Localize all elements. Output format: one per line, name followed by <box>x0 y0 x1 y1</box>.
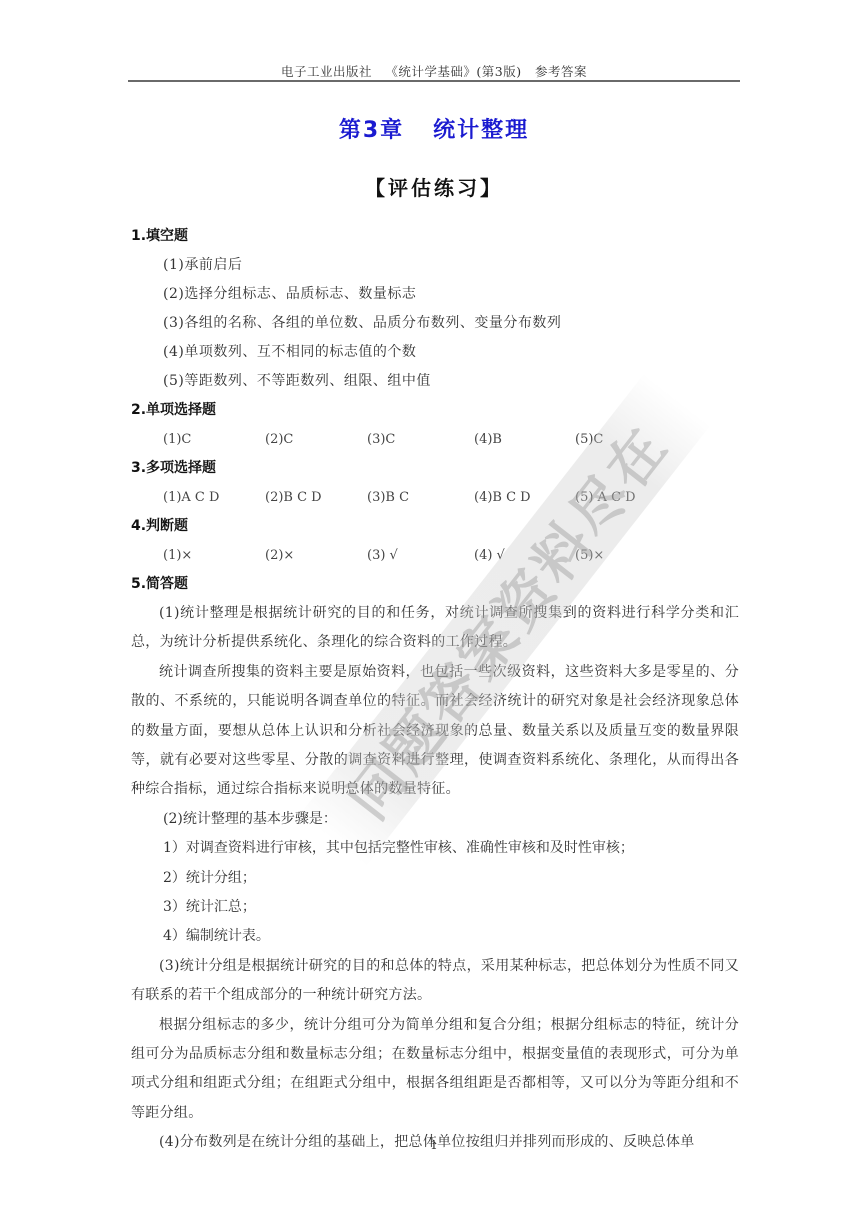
fill-blank-heading: 1.填空题 <box>131 222 739 251</box>
multiple-choice-answers: (1)A C D (2)B C D (3)B C (4)B C D (5) A … <box>131 483 739 512</box>
step-item: 1）对调查资料进行审核，其中包括完整性审核、准确性审核和及时性审核； <box>131 834 739 863</box>
answer-cell: (1)C <box>163 425 265 454</box>
answer-cell: (5)C <box>575 425 677 454</box>
fill-blank-answer: (1)承前启后 <box>131 251 739 280</box>
step-item: 2）统计分组； <box>131 864 739 893</box>
section-title: 【评估练习】 <box>0 172 868 201</box>
answer-cell: (5)× <box>575 541 677 570</box>
answer-cell: (5) A C D <box>575 483 677 512</box>
answer-cell: (1)A C D <box>163 483 265 512</box>
answer-cell: (2)× <box>265 541 367 570</box>
answer-cell: (3)C <box>367 425 474 454</box>
multiple-choice-heading: 3.多项选择题 <box>131 454 739 483</box>
answer-cell: (3) √ <box>367 541 474 570</box>
true-false-answers: (1)× (2)× (3) √ (4) √ (5)× <box>131 541 739 570</box>
short-answer-paragraph: 统计调查所搜集的资料主要是原始资料，也包括一些次级资料，这些资料大多是零星的、分… <box>131 658 739 805</box>
answer-cell: (1)× <box>163 541 265 570</box>
answer-cell: (4)B C D <box>474 483 575 512</box>
short-answer-paragraph: (1)统计整理是根据统计研究的目的和任务，对统计调查所搜集到的资料进行科学分类和… <box>131 599 739 658</box>
fill-blank-answer: (2)选择分组标志、品质标志、数量标志 <box>131 280 739 309</box>
short-answer-paragraph: 根据分组标志的多少，统计分组可分为简单分组和复合分组；根据分组标志的特征，统计分… <box>131 1011 739 1129</box>
short-answer-intro: (2)统计整理的基本步骤是： <box>131 805 739 834</box>
answer-cell: (2)C <box>265 425 367 454</box>
fill-blank-answer: (4)单项数列、互不相同的标志值的个数 <box>131 338 739 367</box>
step-item: 4）编制统计表。 <box>131 922 739 951</box>
answer-cell: (2)B C D <box>265 483 367 512</box>
single-choice-answers: (1)C (2)C (3)C (4)B (5)C <box>131 425 739 454</box>
answer-cell: (3)B C <box>367 483 474 512</box>
fill-blank-answer: (3)各组的名称、各组的单位数、品质分布数列、变量分布数列 <box>131 309 739 338</box>
page-number: 1 <box>0 1138 868 1152</box>
answer-cell: (4) √ <box>474 541 575 570</box>
answer-cell: (4)B <box>474 425 575 454</box>
single-choice-heading: 2.单项选择题 <box>131 396 739 425</box>
short-answer-paragraph: (3)统计分组是根据统计研究的目的和总体的特点，采用某种标志，把总体划分为性质不… <box>131 952 739 1011</box>
short-answer-heading: 5.简答题 <box>131 570 739 599</box>
true-false-heading: 4.判断题 <box>131 512 739 541</box>
step-item: 3）统计汇总； <box>131 893 739 922</box>
running-header: 电子工业出版社 《统计学基础》(第3版) 参考答案 <box>128 62 740 80</box>
header-rule <box>128 80 740 82</box>
fill-blank-answer: (5)等距数列、不等距数列、组限、组中值 <box>131 367 739 396</box>
document-page: 电子工业出版社 《统计学基础》(第3版) 参考答案 第3章 统计整理 【评估练习… <box>0 0 868 1228</box>
chapter-title: 第3章 统计整理 <box>0 113 868 144</box>
answer-content: 1.填空题 (1)承前启后 (2)选择分组标志、品质标志、数量标志 (3)各组的… <box>131 222 739 1158</box>
